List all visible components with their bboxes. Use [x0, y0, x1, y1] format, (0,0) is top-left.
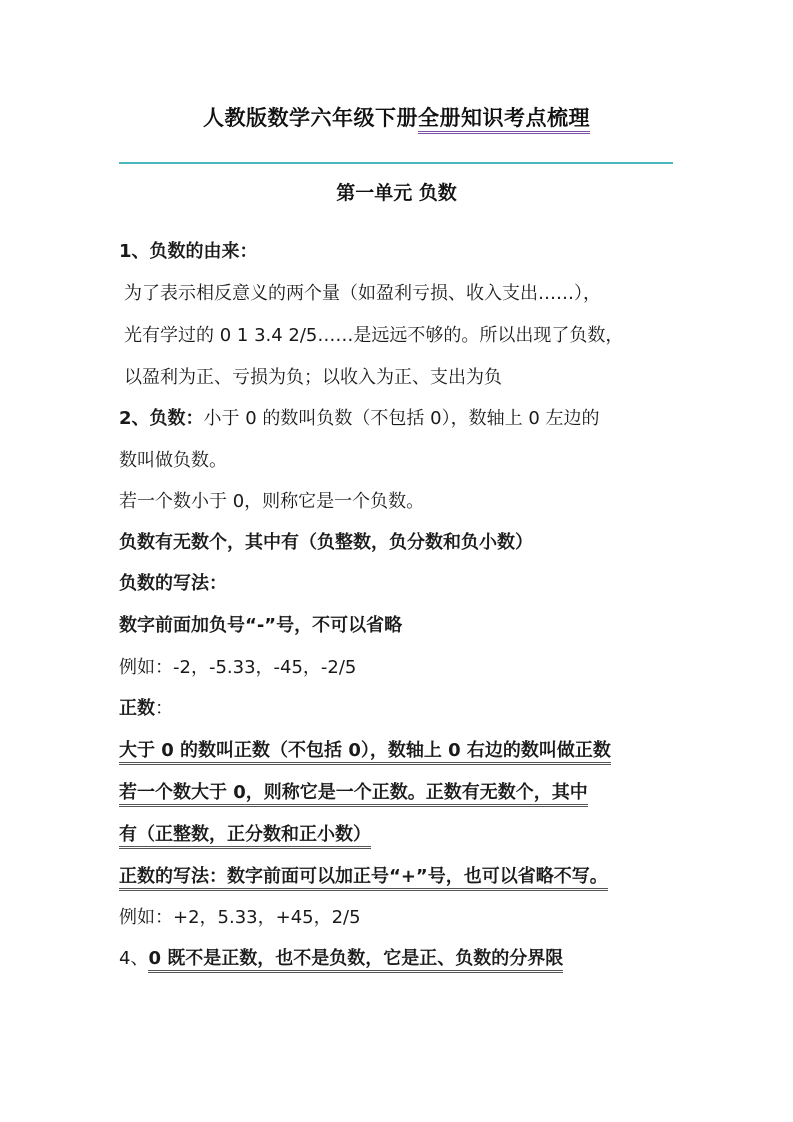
- negative-statement: 若一个数小于 0，则称它是一个负数。: [119, 490, 424, 514]
- teal-divider-rule: [119, 162, 673, 164]
- positive-statement-line-2: 有（正整数，正分数和正小数）: [119, 823, 371, 847]
- title-part-1: 人教版数学六年级下册: [203, 106, 418, 130]
- unit-title: 第一单元 负数: [0, 178, 793, 205]
- positive-statement-text-2: 有（正整数，正分数和正小数）: [119, 824, 371, 849]
- negative-example: 例如：-2，-5.33，-45，-2/5: [119, 656, 356, 680]
- positive-writing-rule-text: 正数的写法：数字前面可以加正号“+”号，也可以省略不写。: [119, 866, 608, 891]
- negative-writing-heading: 负数的写法：: [119, 572, 227, 596]
- positive-statement-line-1: 若一个数大于 0，则称它是一个正数。正数有无数个，其中: [119, 781, 588, 805]
- positive-definition: 大于 0 的数叫正数（不包括 0），数轴上 0 右边的数叫做正数: [119, 739, 611, 763]
- section-1-line-1: 为了表示相反意义的两个量（如盈利亏损、收入支出……），: [124, 282, 601, 306]
- positive-writing-rule: 正数的写法：数字前面可以加正号“+”号，也可以省略不写。: [119, 865, 608, 889]
- document-title: 人教版数学六年级下册全册知识考点梳理: [0, 102, 793, 132]
- positive-statement-text-1: 若一个数大于 0，则称它是一个正数。正数有无数个，其中: [119, 782, 588, 807]
- section-1-heading: 1、负数的由来：: [119, 240, 258, 264]
- negative-writing-rule: 数字前面加负号“-”号，不可以省略: [119, 614, 402, 638]
- section-1-line-2: 光有学过的 0 1 3.4 2/5……是远远不够的。所以出现了负数，: [124, 324, 623, 348]
- section-4-prefix: 4、: [119, 948, 148, 969]
- title-part-2-underlined: 全册知识考点梳理: [418, 106, 590, 134]
- positive-example: 例如：+2，5.33，+45，2/5: [119, 906, 361, 930]
- document-page: 人教版数学六年级下册全册知识考点梳理 第一单元 负数 1、负数的由来： 为了表示…: [0, 0, 793, 1122]
- positive-definition-text: 大于 0 的数叫正数（不包括 0），数轴上 0 右边的数叫做正数: [119, 740, 611, 765]
- section-2-definition-line-1: 小于 0 的数叫负数（不包括 0），数轴上 0 左边的: [204, 408, 600, 429]
- section-1-line-3: 以盈利为正、亏损为负；以收入为正、支出为负: [124, 366, 502, 390]
- positive-heading-label: 正数: [119, 698, 155, 719]
- positive-heading: 正数：: [119, 697, 173, 721]
- section-4: 4、0 既不是正数，也不是负数，它是正、负数的分界限: [119, 947, 563, 971]
- section-4-text: 0 既不是正数，也不是负数，它是正、负数的分界限: [148, 948, 563, 973]
- section-2-definition-line-2: 数叫做负数。: [119, 449, 227, 473]
- section-2-heading: 2、负数：: [119, 408, 204, 429]
- section-2-definition: 2、负数：小于 0 的数叫负数（不包括 0），数轴上 0 左边的: [119, 407, 600, 431]
- positive-heading-colon: ：: [155, 698, 173, 719]
- negative-infinite: 负数有无数个，其中有（负整数，负分数和负小数）: [119, 531, 533, 555]
